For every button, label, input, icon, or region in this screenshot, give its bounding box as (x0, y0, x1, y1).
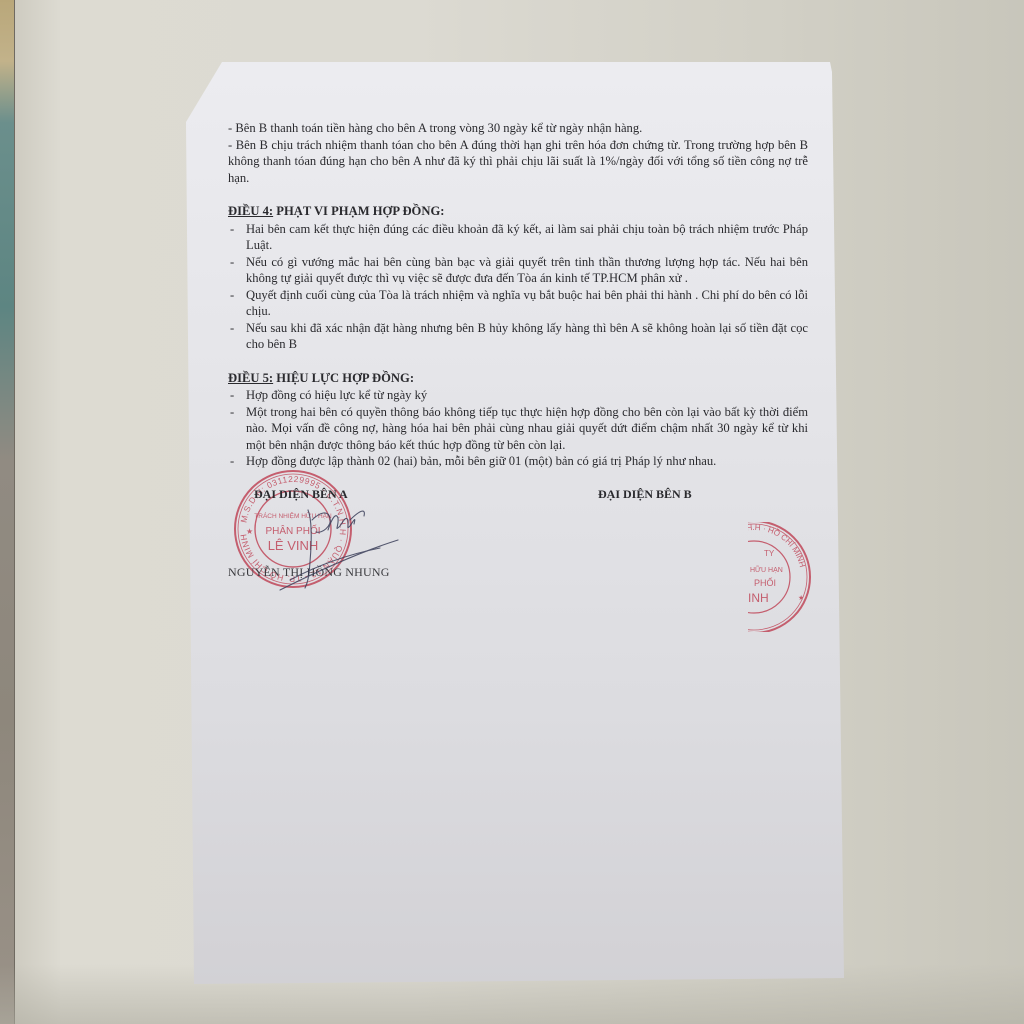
payment-clause-1: - Bên B thanh toán tiền hàng cho bên A t… (228, 120, 808, 137)
section-heading-dieu-5: ĐIỀU 5: HIỆU LỰC HỢP ĐỒNG: (228, 370, 808, 387)
section-title: HIỆU LỰC HỢP ĐỒNG: (273, 371, 414, 385)
section-list-dieu-5: Hợp đồng có hiệu lực kể từ ngày ký Một t… (228, 387, 808, 470)
handwritten-signature-party-a (250, 490, 410, 600)
list-item: Hợp đồng có hiệu lực kể từ ngày ký (228, 387, 808, 404)
list-item: Nếu có gì vướng mắc hai bên cùng bàn bạc… (228, 254, 808, 287)
payment-clause-2: - Bên B chịu trách nhiệm thanh tóan cho … (228, 137, 808, 187)
stamp-b-line4: INH (748, 591, 769, 605)
star-icon: ★ (798, 594, 804, 602)
list-item: Nếu sau khi đã xác nhận đặt hàng nhưng b… (228, 320, 808, 353)
section-list-dieu-4: Hai bên cam kết thực hiện đúng các điều … (228, 221, 808, 353)
section-title: PHẠT VI PHẠM HỢP ĐỒNG: (273, 204, 444, 218)
list-item: Một trong hai bên có quyền thông báo khô… (228, 404, 808, 454)
stamp-b-line3: PHỐI (754, 577, 776, 588)
section-number: ĐIỀU 5: (228, 371, 273, 385)
svg-text:995 - C.T.N.H.H · HỒ CHÍ MINH: 995 - C.T.N.H.H · HỒ CHÍ MINH (748, 523, 807, 568)
contract-body: - Bên B thanh toán tiền hàng cho bên A t… (228, 120, 808, 470)
party-b-label: ĐẠI DIỆN BÊN B (598, 487, 692, 502)
stamp-b-line2: HỮU HẠN (750, 565, 783, 574)
stamp-b-ring-text: 995 - C.T.N.H.H · HỒ CHÍ MINH (748, 523, 807, 568)
section-heading-dieu-4: ĐIỀU 4: PHẠT VI PHẠM HỢP ĐỒNG: (228, 203, 808, 220)
company-stamp-party-b: 995 - C.T.N.H.H · HỒ CHÍ MINH TY HỮU HẠN… (748, 522, 814, 632)
background-object-left-edge (0, 0, 15, 1024)
list-item: Hai bên cam kết thực hiện đúng các điều … (228, 221, 808, 254)
list-item: Quyết định cuối cùng của Tòa là trách nh… (228, 287, 808, 320)
section-number: ĐIỀU 4: (228, 204, 273, 218)
stamp-b-line1: TY (764, 549, 775, 558)
